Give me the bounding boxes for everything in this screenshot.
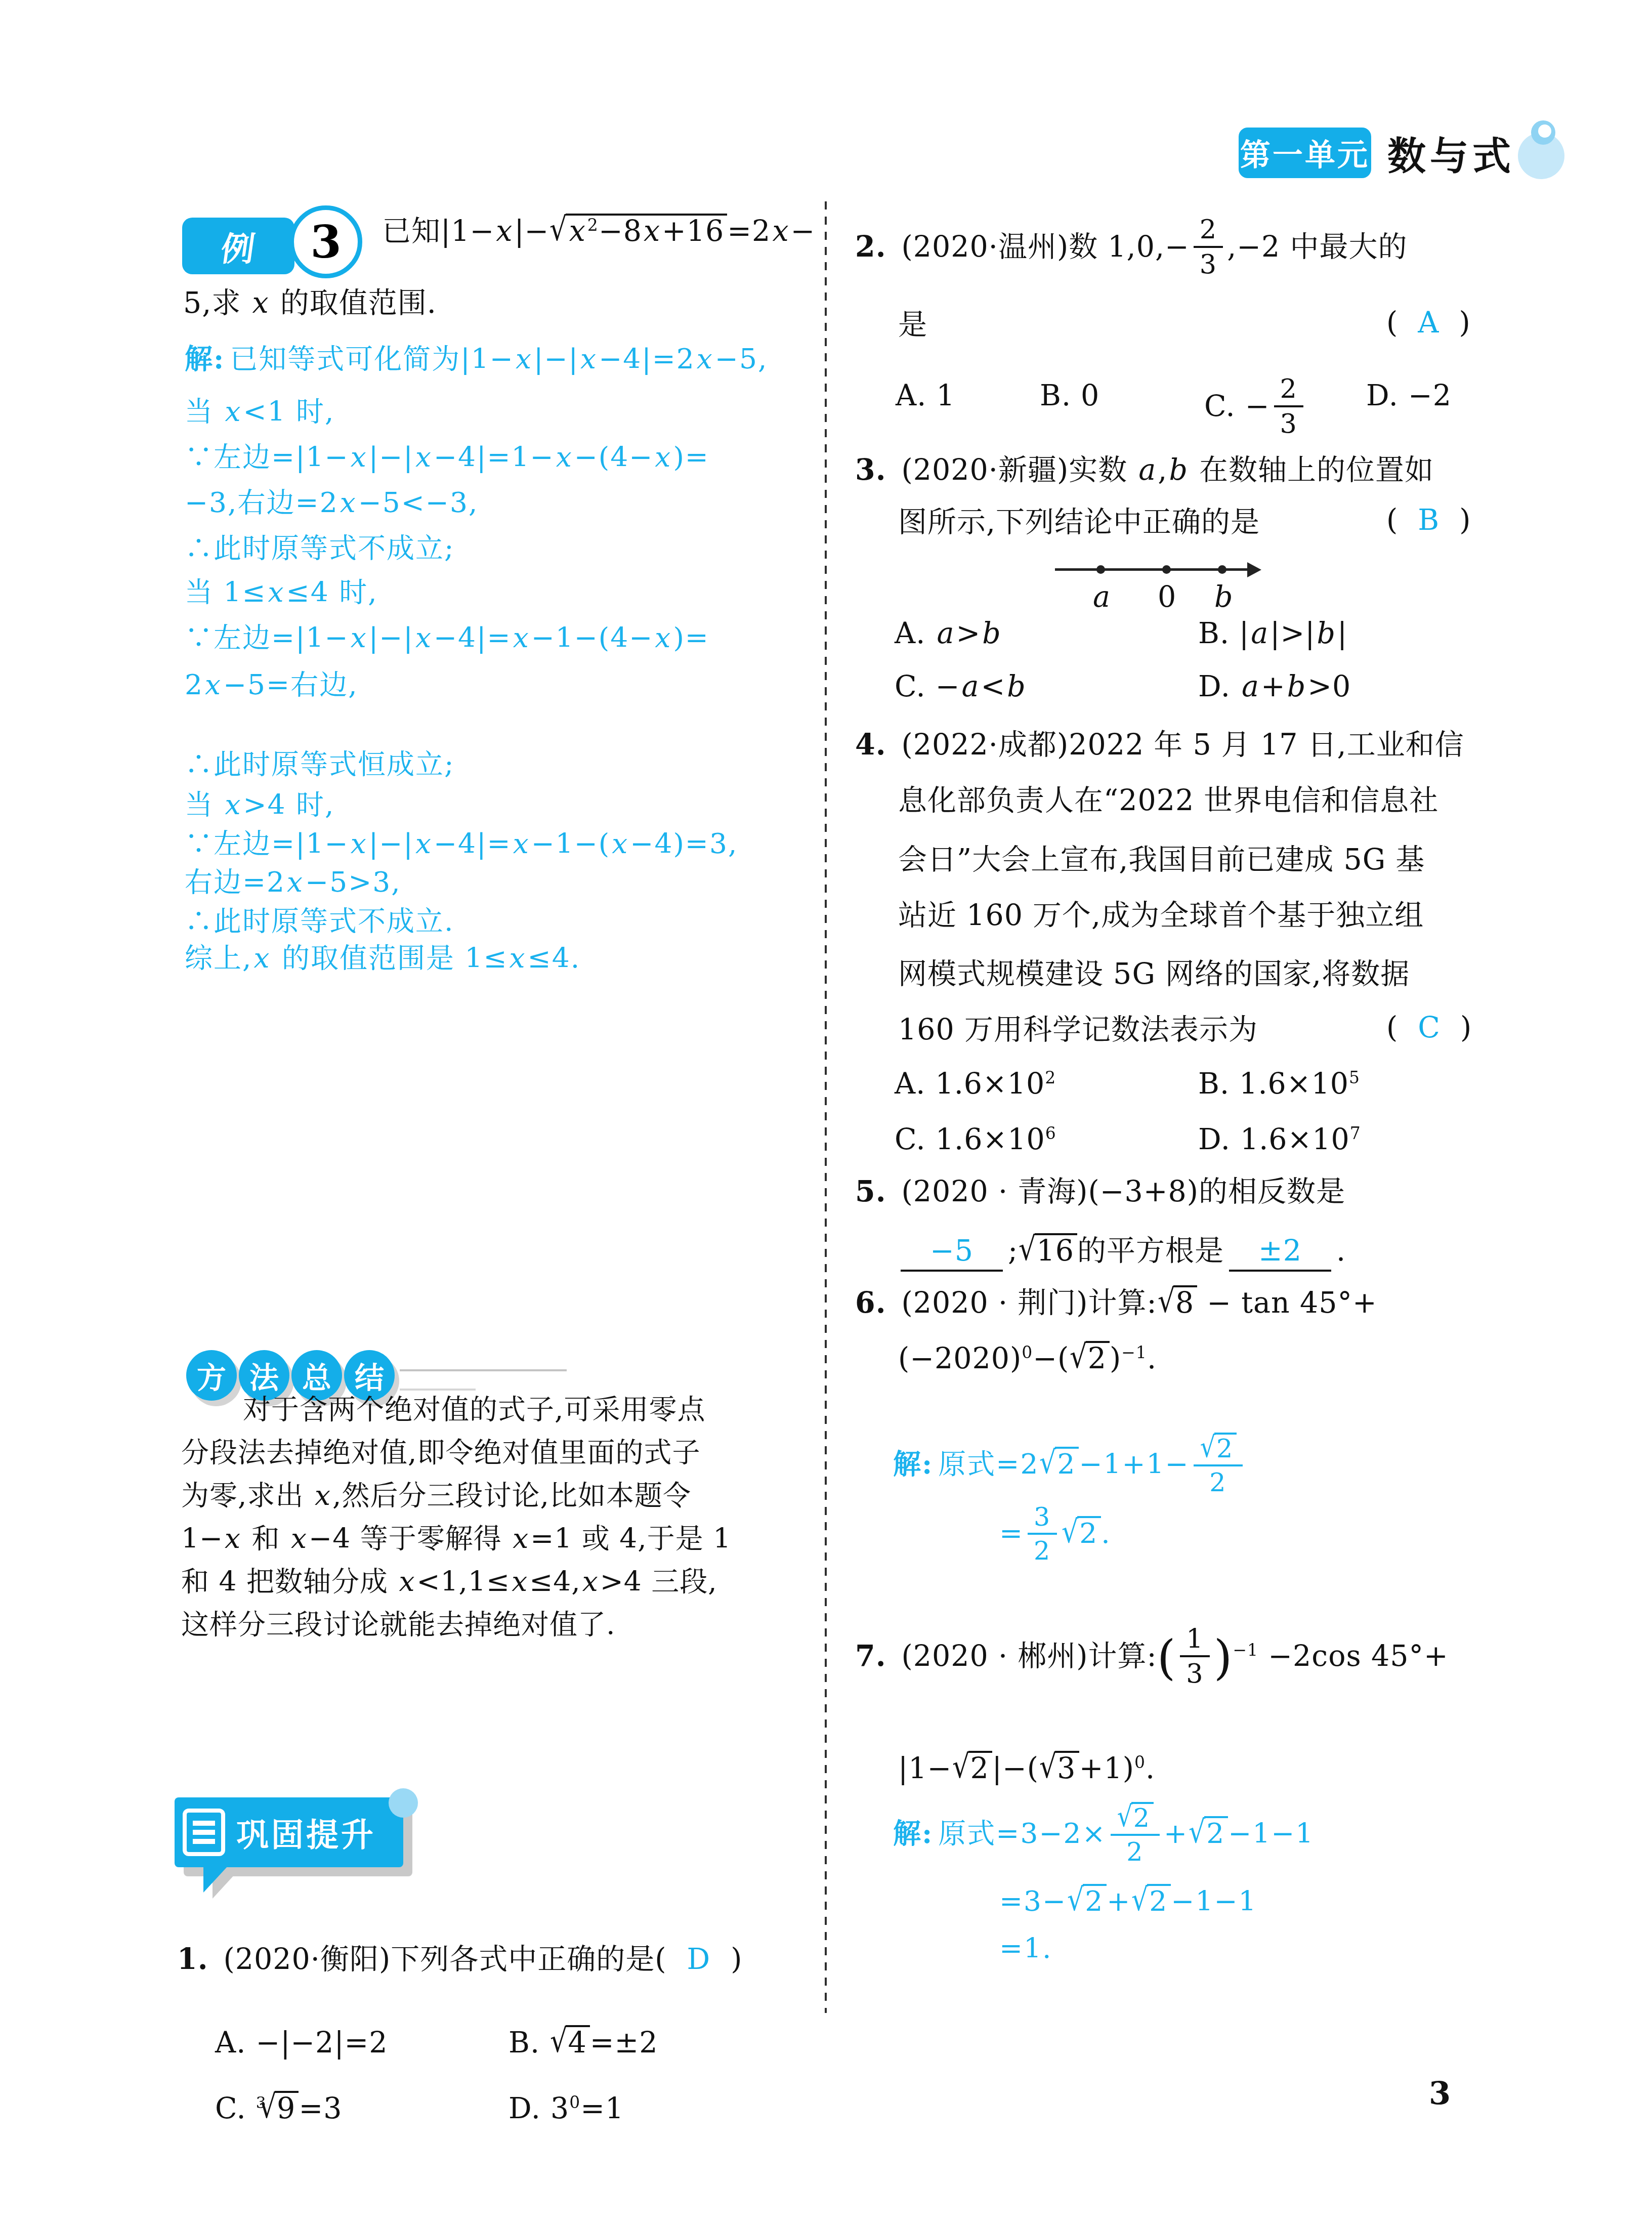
text: −5>3, bbox=[305, 866, 401, 898]
answer-letter: B bbox=[1418, 503, 1439, 537]
radical: √4 bbox=[549, 2025, 590, 2057]
question-7-solution-line2: =3−√2+√2−1−1 bbox=[999, 1883, 1257, 1920]
radical: √2 bbox=[1039, 1447, 1079, 1478]
text: |>| bbox=[1270, 617, 1315, 650]
question-number: 1. bbox=[177, 1942, 208, 1976]
radical-sign-icon: √ bbox=[1200, 1433, 1217, 1462]
question-5: 5.(2020 · 青海)(−3+8)的相反数是 bbox=[855, 1173, 1345, 1210]
text: 4 bbox=[568, 2026, 586, 2060]
text: < bbox=[981, 670, 1006, 703]
example-solution-line: 解:已知等式可化简为|1−x|−|x−4|=2x−5, bbox=[185, 341, 768, 377]
text: B. 0 bbox=[1040, 379, 1099, 412]
solution-text: 原式=2√2−1+1−√22 bbox=[938, 1448, 1247, 1480]
question-4-option-b: B. 1.6×105 bbox=[1198, 1065, 1360, 1103]
radical: √2 bbox=[1200, 1433, 1237, 1462]
question-1-option-c: C. 3√9=3 bbox=[215, 2090, 342, 2127]
example-solution-line: ∴此时原等式恒成立; bbox=[185, 746, 455, 783]
radical-sign-icon: √ bbox=[952, 1751, 970, 1783]
math-variable: x bbox=[512, 621, 531, 654]
example-statement-line1: 已知|1−x|−√x2−8x+16=2x− bbox=[382, 213, 815, 250]
superscript: 0 bbox=[569, 2092, 580, 2112]
example-statement-line2: 5,求 x 的取值范围. bbox=[183, 284, 437, 322]
example-solution-line: 当 x>4 时, bbox=[185, 787, 335, 823]
question-4-option-a: A. 1.6×102 bbox=[895, 1065, 1056, 1103]
text: )= bbox=[673, 621, 709, 654]
text: |1− bbox=[898, 1752, 952, 1785]
question-4-option-d: D. 1.6×107 bbox=[1198, 1121, 1361, 1158]
radicand: 3 bbox=[1055, 1751, 1079, 1783]
text: C. − bbox=[895, 670, 960, 703]
text: 是 bbox=[898, 308, 927, 342]
math-variable: x bbox=[512, 827, 531, 860]
badge-char: 法 bbox=[249, 1354, 279, 1397]
text: 和 4 把数轴分成 bbox=[181, 1565, 397, 1598]
radicand: 2 bbox=[1055, 1447, 1079, 1478]
math-variable: b bbox=[1167, 453, 1190, 487]
radical: √3 bbox=[1039, 1751, 1079, 1783]
method-summary-badge-char: 方 bbox=[186, 1350, 237, 1401]
radical-sign-icon: √ bbox=[550, 2025, 568, 2057]
question-6-line2: (−2020)0−(√2)−1. bbox=[898, 1340, 1157, 1377]
example-solution-line: 当 x<1 时, bbox=[185, 394, 335, 430]
numerator: √2 bbox=[1111, 1802, 1160, 1836]
text: 2 bbox=[1085, 1885, 1104, 1917]
text: 当 bbox=[185, 788, 223, 821]
radicand: x2−8x+16 bbox=[566, 214, 728, 246]
text: 在数轴上的位置如 bbox=[1190, 453, 1434, 487]
radical: √16 bbox=[1018, 1233, 1077, 1266]
question-4-option-c: C. 1.6×106 bbox=[895, 1121, 1056, 1158]
question-6: 6.(2020 · 荆门)计算:√8 − tan 45°+ bbox=[855, 1284, 1377, 1322]
text: =1. bbox=[999, 1932, 1052, 1964]
list-icon-bar bbox=[193, 1839, 215, 1844]
text: 当 bbox=[185, 395, 223, 428]
solution-text: 已知等式可化简为|1−x|−|x−4|=2x−5, bbox=[230, 343, 768, 375]
text: |− bbox=[514, 215, 549, 248]
answer-letter: C bbox=[1418, 1011, 1440, 1044]
question-2-option-c: C. −23 bbox=[1204, 377, 1307, 440]
question-7-solution-line3: =1. bbox=[999, 1930, 1052, 1967]
radicand: 2 bbox=[1214, 1433, 1237, 1462]
math-variable: x bbox=[349, 827, 369, 860]
text: = bbox=[999, 1517, 1024, 1549]
radical-sign-icon: √ bbox=[1039, 1447, 1057, 1478]
text: −1−1 bbox=[1228, 1817, 1314, 1850]
math-variable: x bbox=[642, 215, 662, 248]
math-variable: x bbox=[508, 942, 528, 974]
text: ; bbox=[1008, 1234, 1018, 1268]
question-stem: (2020 · 郴州)计算:(13)−1 −2cos 45°+ bbox=[902, 1640, 1449, 1673]
text: 综上, bbox=[185, 942, 252, 974]
question-number: 2. bbox=[855, 230, 886, 264]
text: <1 时, bbox=[243, 395, 335, 428]
decorative-line bbox=[400, 1369, 567, 1371]
text: C. bbox=[215, 2092, 256, 2125]
text: − tan 45°+ bbox=[1197, 1286, 1377, 1320]
text: 2 bbox=[1280, 373, 1297, 404]
question-3-line2: 图所示,下列结论中正确的是 bbox=[898, 503, 1260, 541]
text: ) bbox=[1460, 1011, 1471, 1044]
text: 的平方根是 bbox=[1077, 1234, 1224, 1268]
text: 3 bbox=[1057, 1752, 1076, 1785]
text: |−| bbox=[369, 621, 414, 654]
text: ,−2 中最大的 bbox=[1227, 230, 1407, 264]
text: 2 bbox=[1126, 1837, 1143, 1867]
radicand: 2 bbox=[1086, 1341, 1110, 1373]
text: + bbox=[1107, 1885, 1131, 1917]
text: −4|=1− bbox=[434, 441, 555, 473]
text: =3 bbox=[299, 2092, 342, 2125]
solution-label: 解: bbox=[185, 342, 225, 375]
text: −2cos 45°+ bbox=[1258, 1640, 1449, 1673]
text: (−2020) bbox=[898, 1342, 1022, 1375]
text: 1− bbox=[181, 1522, 223, 1555]
superscript: 2 bbox=[1045, 1068, 1056, 1087]
text: ( bbox=[1386, 503, 1397, 537]
question-4-answer: (C) bbox=[1386, 1011, 1471, 1044]
question-2-option-d: D. −2 bbox=[1366, 377, 1452, 414]
superscript: −1 bbox=[1233, 1640, 1258, 1660]
question-number: 4. bbox=[855, 728, 886, 762]
math-variable: x bbox=[414, 621, 434, 654]
text: 160 万用科学记数法表示为 bbox=[898, 1013, 1258, 1046]
workbook-page: 第一单元 数与式 例 3 已知|1−x|−√x2−8x+16=2x− 5,求 x… bbox=[0, 0, 1652, 2226]
method-paragraph-line: 和 4 把数轴分成 x<1,1≤x≤4,x>4 三段, bbox=[181, 1564, 717, 1600]
radicand: 2 bbox=[1083, 1884, 1107, 1915]
text: ) bbox=[1459, 306, 1470, 340]
math-variable: x bbox=[695, 343, 715, 375]
numerator: 1 bbox=[1180, 1625, 1209, 1657]
text: (2020 · 郴州)计算: bbox=[902, 1640, 1157, 1673]
superscript: 0 bbox=[1134, 1752, 1146, 1772]
text: −5<−3, bbox=[358, 486, 479, 519]
answer-blank: −5 bbox=[901, 1232, 1003, 1272]
radical-sign-icon: √ bbox=[1039, 1751, 1057, 1783]
number-line-label-0: 0 bbox=[1158, 580, 1176, 614]
question-2-line2: 是 bbox=[898, 306, 927, 344]
example-badge-label: 例 bbox=[218, 222, 258, 270]
method-paragraph-line: 1−x 和 x−4 等于零解得 x=1 或 4,于是 1 bbox=[181, 1521, 731, 1557]
fraction: √22 bbox=[1111, 1802, 1160, 1865]
text: + bbox=[1164, 1817, 1188, 1850]
text: 2 bbox=[1216, 1434, 1234, 1463]
denominator: 3 bbox=[1186, 1657, 1203, 1688]
math-variable: x bbox=[349, 621, 369, 654]
text: ≤4 时, bbox=[286, 576, 378, 608]
text: 3 bbox=[1186, 1658, 1203, 1689]
question-4-line: 站近 160 万个,成为全球首个基于独立组 bbox=[898, 897, 1424, 934]
math-variable: x bbox=[414, 441, 434, 473]
text: (2020·温州)数 1,0,− bbox=[902, 230, 1190, 264]
text: 息化部负责人在“2022 世界电信和信息社 bbox=[898, 784, 1438, 817]
answer-blank: ±2 bbox=[1229, 1232, 1331, 1272]
question-2: 2.(2020·温州)数 1,0,−23,−2 中最大的 bbox=[855, 218, 1407, 280]
question-stem: (2020 · 荆门)计算:√8 − tan 45°+ bbox=[902, 1286, 1377, 1320]
text: 3 bbox=[1034, 1502, 1051, 1532]
text: ,然后分三段讨论,比如本题令 bbox=[332, 1479, 691, 1511]
math-variable: x bbox=[223, 788, 243, 821]
text: 分段法去掉绝对值,即令绝对值里面的式子 bbox=[181, 1436, 700, 1468]
text: | bbox=[1337, 617, 1347, 650]
text: 9 bbox=[277, 2092, 295, 2125]
radicand: 4 bbox=[566, 2025, 589, 2057]
math-variable: x bbox=[313, 1479, 332, 1511]
text: D. bbox=[1198, 670, 1240, 703]
question-1-option-a: A. −|−2|=2 bbox=[215, 2024, 388, 2062]
text: B. | bbox=[1198, 617, 1249, 650]
text: ≤4, bbox=[529, 1565, 581, 1598]
numerator: 2 bbox=[1274, 375, 1303, 407]
question-number: 3. bbox=[855, 453, 886, 487]
question-4: 4.(2022·成都)2022 年 5 月 17 日,工业和信 bbox=[855, 726, 1464, 764]
badge-char: 结 bbox=[355, 1354, 384, 1397]
text: 当 1≤ bbox=[185, 576, 267, 608]
text: ) bbox=[1110, 1342, 1121, 1375]
radical-sign-icon: √ bbox=[1070, 1341, 1087, 1373]
text: −3,右边=2 bbox=[185, 486, 338, 519]
superscript: 5 bbox=[1349, 1068, 1360, 1087]
text: 对于含两个绝对值的式子,可采用零点 bbox=[243, 1393, 705, 1425]
text: −( bbox=[1033, 1342, 1069, 1375]
math-variable: x bbox=[338, 486, 358, 519]
question-7: 7.(2020 · 郴州)计算:(13)−1 −2cos 45°+ bbox=[855, 1627, 1449, 1690]
radical-sign-icon: √ bbox=[259, 2091, 277, 2123]
superscript: 0 bbox=[1022, 1342, 1033, 1362]
question-3-option-a: A. a>b bbox=[895, 615, 1003, 652]
example-solution-line: 右边=2x−5>3, bbox=[185, 864, 401, 901]
numerator: 2 bbox=[1194, 216, 1223, 248]
text: 右边=2 bbox=[185, 866, 285, 898]
answer-letter: D bbox=[687, 1943, 710, 1976]
question-stem: (2020·新疆)实数 a,b 在数轴上的位置如 bbox=[902, 453, 1434, 487]
math-variable: b bbox=[1316, 617, 1338, 650]
question-4-line: 网模式规模建设 5G 网络的国家,将数据 bbox=[898, 955, 1410, 993]
list-icon bbox=[183, 1809, 225, 1856]
text: 3 bbox=[1200, 249, 1217, 280]
text: 图所示,下列结论中正确的是 bbox=[898, 506, 1260, 539]
decorative-line bbox=[400, 1389, 476, 1391]
text: −1−1 bbox=[1171, 1885, 1257, 1917]
example-solution-line: 当 1≤x≤4 时, bbox=[185, 574, 378, 611]
solution-label: 解: bbox=[893, 1447, 933, 1480]
radicand: 9 bbox=[275, 2091, 299, 2123]
radical-sign-icon: √ bbox=[1062, 1517, 1079, 1548]
math-variable: x bbox=[511, 1522, 530, 1555]
text: − bbox=[791, 215, 816, 248]
text: =3− bbox=[999, 1885, 1067, 1917]
practice-badge-title: 巩固提升 bbox=[236, 1809, 376, 1856]
text: 5,求 bbox=[183, 286, 251, 320]
math-variable: a bbox=[1249, 617, 1270, 650]
text: 2 bbox=[1088, 1342, 1107, 1375]
math-variable: a bbox=[935, 617, 956, 650]
denominator: 2 bbox=[1034, 1535, 1051, 1564]
radicand: 2 bbox=[1131, 1802, 1154, 1831]
radical: √2 bbox=[1117, 1802, 1154, 1831]
text: C. − bbox=[1204, 390, 1270, 423]
text: 2 bbox=[1149, 1885, 1168, 1917]
text: −8 bbox=[599, 215, 642, 248]
text: (2020 · 荆门)计算: bbox=[902, 1286, 1157, 1320]
text: . bbox=[1147, 1342, 1157, 1375]
number-line-label-b: b bbox=[1214, 580, 1233, 614]
method-paragraph-line: 分段法去掉绝对值,即令绝对值里面的式子 bbox=[181, 1435, 700, 1471]
fraction: 13 bbox=[1180, 1625, 1209, 1688]
text: . bbox=[1336, 1234, 1346, 1268]
number-line-point bbox=[1218, 565, 1226, 574]
numerator: √2 bbox=[1194, 1433, 1243, 1466]
math-variable: a bbox=[1137, 453, 1158, 487]
text: 站近 160 万个,成为全球首个基于独立组 bbox=[898, 899, 1424, 932]
math-variable: b bbox=[981, 617, 1003, 650]
question-4-line: 息化部负责人在“2022 世界电信和信息社 bbox=[898, 782, 1438, 819]
text: ∴此时原等式不成立; bbox=[185, 532, 455, 564]
question-stem: (2020 · 青海)(−3+8)的相反数是 bbox=[902, 1175, 1345, 1208]
radical-sign-icon: √ bbox=[1131, 1884, 1149, 1915]
text: 2 bbox=[1133, 1803, 1151, 1833]
example-solution-line: 2x−5=右边, bbox=[185, 667, 358, 703]
text: > bbox=[956, 617, 981, 650]
example-solution-line: ∵左边=|1−x|−|x−4|=1−x−(4−x)= bbox=[185, 439, 709, 476]
text: −4 等于零解得 bbox=[309, 1522, 511, 1555]
text: 16 bbox=[1037, 1234, 1075, 1268]
text: |−| bbox=[534, 343, 579, 375]
radical: √8 bbox=[1157, 1285, 1198, 1318]
text: ∴此时原等式恒成立; bbox=[185, 748, 455, 780]
math-variable: x bbox=[568, 215, 587, 248]
text: −1−(4− bbox=[531, 621, 654, 654]
fraction: √22 bbox=[1194, 1433, 1243, 1496]
text: )= bbox=[673, 441, 709, 473]
practice-badge: 巩固提升 bbox=[175, 1797, 403, 1867]
text: 已知|1− bbox=[382, 215, 494, 248]
text: ∵左边=|1− bbox=[185, 827, 349, 860]
bubble-highlight-icon bbox=[1538, 124, 1551, 138]
text: B. 1.6×10 bbox=[1198, 1067, 1349, 1101]
big-paren: ) bbox=[1214, 1630, 1233, 1686]
dot-decoration-icon bbox=[389, 1788, 418, 1818]
text: D. 3 bbox=[509, 2092, 569, 2125]
text: 3 bbox=[1280, 408, 1297, 439]
math-variable: x bbox=[397, 1565, 416, 1598]
list-icon-bar bbox=[193, 1830, 215, 1835]
text: ) bbox=[1459, 503, 1470, 537]
text: <1,1≤ bbox=[416, 1565, 510, 1598]
text: +1) bbox=[1079, 1752, 1134, 1785]
text: =1 bbox=[580, 2092, 624, 2125]
math-variable: x bbox=[203, 668, 223, 701]
text: 网模式规模建设 5G 网络的国家,将数据 bbox=[898, 957, 1410, 991]
text: B. bbox=[509, 2026, 549, 2060]
math-variable: x bbox=[252, 942, 272, 974]
math-variable: b bbox=[1286, 670, 1308, 703]
text: A. 1.6×10 bbox=[895, 1067, 1045, 1101]
big-paren: ( bbox=[1157, 1630, 1176, 1686]
example-number-badge: 3 bbox=[289, 205, 362, 278]
text: D. −2 bbox=[1366, 379, 1452, 412]
badge-tail bbox=[203, 1866, 228, 1893]
text: =1 或 4,于是 1 bbox=[530, 1522, 731, 1555]
radicand: 16 bbox=[1035, 1233, 1078, 1266]
example-solution-line: 综上,x 的取值范围是 1≤x≤4. bbox=[185, 940, 580, 977]
text: C. 1.6×10 bbox=[895, 1123, 1045, 1156]
denominator: 3 bbox=[1200, 248, 1217, 278]
math-variable: x bbox=[289, 1522, 309, 1555]
text: |−| bbox=[369, 441, 414, 473]
math-variable: x bbox=[581, 1565, 600, 1598]
math-variable: x bbox=[510, 1565, 529, 1598]
text: ∴此时原等式不成立. bbox=[185, 905, 454, 937]
question-4-line: 会日”大会上宣布,我国目前已建成 5G 基 bbox=[898, 841, 1425, 878]
text: 为零,求出 bbox=[181, 1479, 313, 1511]
example-solution-line: −3,右边=2x−5<−3, bbox=[185, 485, 478, 521]
question-3-answer: (B) bbox=[1386, 503, 1470, 537]
question-2-answer: (A) bbox=[1386, 306, 1470, 340]
math-variable: x bbox=[223, 1522, 242, 1555]
text: . bbox=[1101, 1517, 1111, 1549]
numerator: 3 bbox=[1028, 1503, 1057, 1535]
text: 2 bbox=[1206, 1817, 1225, 1850]
question-1: 1.(2020·衡阳)下列各式中正确的是(D) bbox=[177, 1941, 742, 1978]
column-divider bbox=[825, 201, 827, 2013]
text: . bbox=[1146, 1752, 1155, 1785]
text: −4|=2 bbox=[599, 343, 695, 375]
text: ) bbox=[731, 1943, 742, 1976]
question-stem: (2022·成都)2022 年 5 月 17 日,工业和信 bbox=[902, 728, 1464, 762]
radical: √2 bbox=[1069, 1341, 1110, 1373]
math-variable: x bbox=[514, 343, 534, 375]
fraction: 32 bbox=[1028, 1503, 1057, 1564]
question-1-option-d: D. 30=1 bbox=[509, 2090, 624, 2127]
number-line-figure: a 0 b bbox=[1055, 554, 1262, 622]
text: −1−( bbox=[531, 827, 611, 860]
method-paragraph-line: 对于含两个绝对值的式子,可采用零点 bbox=[243, 1392, 705, 1428]
question-2-option-b: B. 0 bbox=[1040, 377, 1099, 414]
text: 的取值范围是 1≤ bbox=[272, 942, 508, 974]
math-variable: x bbox=[223, 395, 243, 428]
example-solution-line: ∵左边=|1−x|−|x−4|=x−1−(x−4)=3, bbox=[185, 826, 738, 862]
unit-title: 数与式 bbox=[1387, 125, 1515, 181]
math-variable: x bbox=[579, 343, 599, 375]
radical: √2 bbox=[1188, 1816, 1228, 1847]
question-3: 3.(2020·新疆)实数 a,b 在数轴上的位置如 bbox=[855, 451, 1434, 489]
denominator: 3 bbox=[1280, 407, 1297, 438]
math-variable: b bbox=[1005, 670, 1028, 703]
text: ( bbox=[1386, 306, 1397, 340]
superscript: 7 bbox=[1350, 1123, 1361, 1143]
text: D. 1.6×10 bbox=[1198, 1123, 1350, 1156]
text: 2 bbox=[1209, 1467, 1226, 1497]
math-variable: x bbox=[610, 827, 630, 860]
radicand: 8 bbox=[1173, 1285, 1197, 1318]
text: >4 时, bbox=[243, 788, 335, 821]
question-3-option-b: B. |a|>|b| bbox=[1198, 615, 1347, 652]
text: 2 bbox=[185, 668, 203, 701]
question-stem: (2020·衡阳)下列各式中正确的是(D) bbox=[224, 1943, 743, 1976]
text: 原式=2 bbox=[938, 1448, 1039, 1480]
example-number: 3 bbox=[310, 216, 341, 268]
text: 2 bbox=[1200, 214, 1217, 245]
text: 这样分三段讨论就能去掉绝对值了. bbox=[181, 1608, 615, 1641]
question-7-solution: 解:原式=3−2×√22+√2−1−1 bbox=[893, 1804, 1314, 1867]
text: 已知等式可化简为|1− bbox=[230, 343, 514, 375]
text: −4)=3, bbox=[630, 827, 738, 860]
question-6-solution-line2: =32√2. bbox=[999, 1505, 1111, 1566]
badge-char: 总 bbox=[302, 1354, 331, 1397]
text: (2022·成都)2022 年 5 月 17 日,工业和信 bbox=[902, 728, 1464, 762]
math-variable: x bbox=[555, 441, 574, 473]
text: 2 bbox=[970, 1752, 989, 1785]
